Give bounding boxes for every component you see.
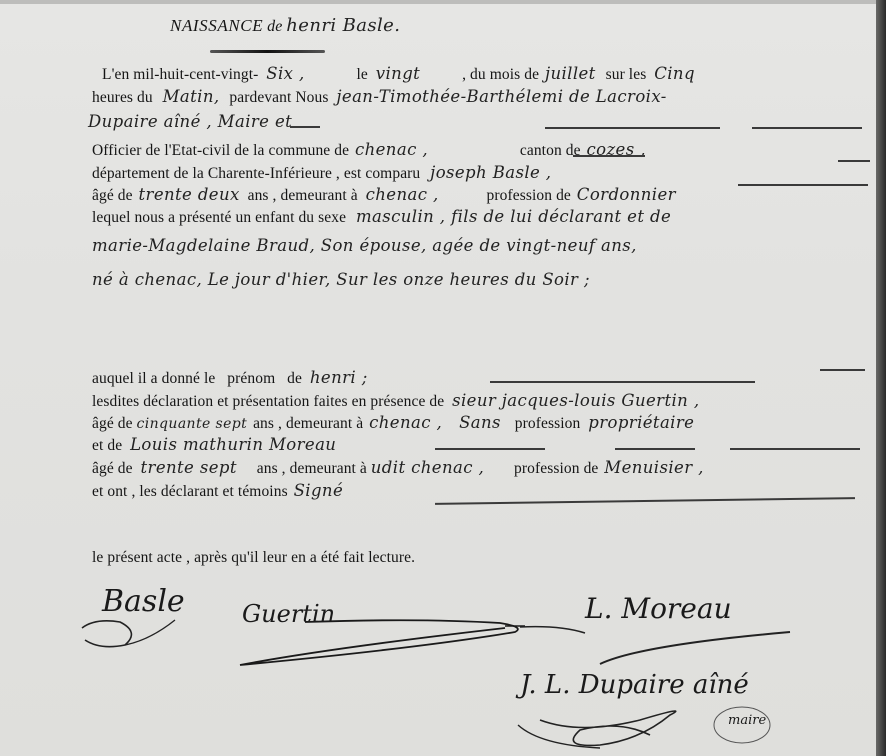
handwritten-witness-1-residence: chenac , Sans: [369, 413, 501, 432]
record-line-1: L'en mil-huit-cent-vingt- Six , le vingt…: [102, 64, 695, 85]
signature-guertin: Guertin: [242, 600, 335, 628]
printed-text: Officier de l'Etat-civil de la commune d…: [92, 142, 349, 159]
fill-line: [730, 448, 860, 450]
record-line-14: âgé de trente sept ans , demeurant à udi…: [92, 458, 704, 479]
signature-moreau: L. Moreau: [585, 592, 732, 625]
record-line-7: lequel nous a présenté un enfant du sexe…: [92, 207, 671, 228]
handwritten-profession: Cordonnier: [577, 185, 676, 204]
handwritten-signed: Signé: [294, 481, 344, 500]
handwritten-year: Six ,: [266, 64, 304, 83]
fill-line: [752, 127, 862, 129]
handwritten-day: vingt: [376, 64, 420, 83]
printed-text: canton de: [520, 142, 581, 159]
printed-text: âgé de: [92, 415, 133, 432]
handwritten-month: juillet: [545, 64, 596, 83]
signature-dupaire: J. L. Dupaire aîné: [520, 670, 749, 700]
handwritten-sex-filiation: masculin , fils de lui déclarant et de: [356, 207, 671, 226]
page-edge: [876, 0, 886, 756]
printed-text: auquel il a donné le prénom de: [92, 370, 302, 387]
handwritten-mother: marie-Magdelaine Braud, Son épouse, agée…: [92, 236, 637, 255]
printed-text: lequel nous a présenté un enfant du sexe: [92, 209, 346, 226]
handwritten-officer-name: jean-Timothée-Barthélemi de Lacroix-: [336, 87, 666, 106]
record-line-16: le présent acte , après qu'il leur en a …: [92, 548, 415, 568]
signature-basle: Basle: [102, 584, 185, 619]
printed-text: profession de: [487, 187, 571, 204]
handwritten-commune: chenac ,: [355, 140, 428, 159]
printed-text: le: [357, 66, 368, 83]
handwritten-declarant: joseph Basle ,: [430, 163, 551, 182]
record-line-5: département de la Charente-Inférieure , …: [92, 163, 551, 184]
title-underline: [210, 50, 325, 53]
handwritten-time-of-day: Matin,: [163, 87, 220, 106]
printed-text: âgé de: [92, 187, 133, 204]
printed-text: âgé de: [92, 460, 133, 477]
fill-line: [738, 184, 868, 186]
printed-text: et ont , les déclarant et témoins: [92, 483, 288, 500]
printed-text: et de: [92, 437, 122, 454]
printed-text: lesdites déclaration et présentation fai…: [92, 393, 444, 410]
printed-text: ans , demeurant à: [253, 415, 363, 432]
record-line-4: Officier de l'Etat-civil de la commune d…: [92, 140, 646, 161]
record-line-12: âgé de cinquante sept ans , demeurant à …: [92, 413, 694, 434]
printed-text: , du mois de: [462, 66, 539, 83]
record-line-2: heures du Matin, pardevant Nous jean-Tim…: [92, 87, 667, 108]
handwritten-residence: chenac ,: [366, 185, 439, 204]
handwritten-age: trente deux: [139, 185, 240, 204]
handwritten-witness-1-age: cinquante sept: [137, 416, 248, 432]
handwritten-given-name: henri ;: [310, 368, 368, 387]
printed-text: pardevant Nous: [229, 89, 328, 106]
handwritten-birth-details: né à chenac, Le jour d'hier, Sur les onz…: [92, 270, 590, 289]
printed-text: ans , demeurant à: [257, 460, 367, 477]
fill-line: [838, 160, 870, 162]
title-prefix: de: [267, 18, 282, 35]
record-line-6: âgé de trente deux ans , demeurant à che…: [92, 185, 676, 206]
printed-text: département de la Charente-Inférieure , …: [92, 165, 420, 182]
handwritten-witness-2-age: trente sept: [141, 458, 237, 477]
fill-line: [545, 127, 720, 129]
printed-text: L'en mil-huit-cent-vingt-: [102, 66, 258, 83]
title-name: henri Basle.: [286, 15, 400, 36]
title-printed: NAISSANCE: [170, 16, 263, 35]
signature-title-maire: maire: [728, 713, 766, 728]
printed-text: heures du: [92, 89, 153, 106]
handwritten-witness-2: Louis mathurin Moreau: [130, 435, 336, 454]
fill-line: [615, 448, 695, 450]
fill-line: [435, 448, 545, 450]
fill-line: [820, 369, 865, 371]
record-title: NAISSANCE de henri Basle.: [170, 16, 400, 37]
top-border: [0, 0, 876, 4]
record-line-13: et de Louis mathurin Moreau: [92, 435, 336, 456]
printed-text: le présent acte , après qu'il leur en a …: [92, 549, 415, 566]
printed-text: sur les: [606, 66, 647, 83]
fill-line: [490, 381, 755, 383]
handwritten-witness-2-residence: udit chenac ,: [371, 458, 484, 477]
record-line-15: et ont , les déclarant et témoins Signé: [92, 481, 343, 502]
printed-text: ans , demeurant à: [248, 187, 358, 204]
handwritten-witness-1-profession: propriétaire: [588, 413, 694, 432]
handwritten-witness-1: sieur jacques-louis Guertin ,: [452, 391, 699, 410]
record-line-10: auquel il a donné le prénom de henri ;: [92, 368, 368, 389]
handwritten-witness-2-profession: Menuisier ,: [604, 458, 703, 477]
printed-text: profession de: [514, 460, 598, 477]
printed-text: profession: [515, 415, 581, 432]
record-line-3: Dupaire aîné , Maire et: [88, 112, 292, 133]
record-line-8: marie-Magdelaine Braud, Son épouse, agée…: [92, 236, 637, 257]
handwritten-hour: Cinq: [654, 64, 695, 83]
fill-line: [573, 155, 645, 157]
record-line-11: lesdites déclaration et présentation fai…: [92, 391, 700, 412]
fill-line: [290, 126, 320, 128]
handwritten-officer-title: Dupaire aîné , Maire et: [88, 112, 292, 131]
record-line-9: né à chenac, Le jour d'hier, Sur les onz…: [92, 270, 590, 291]
